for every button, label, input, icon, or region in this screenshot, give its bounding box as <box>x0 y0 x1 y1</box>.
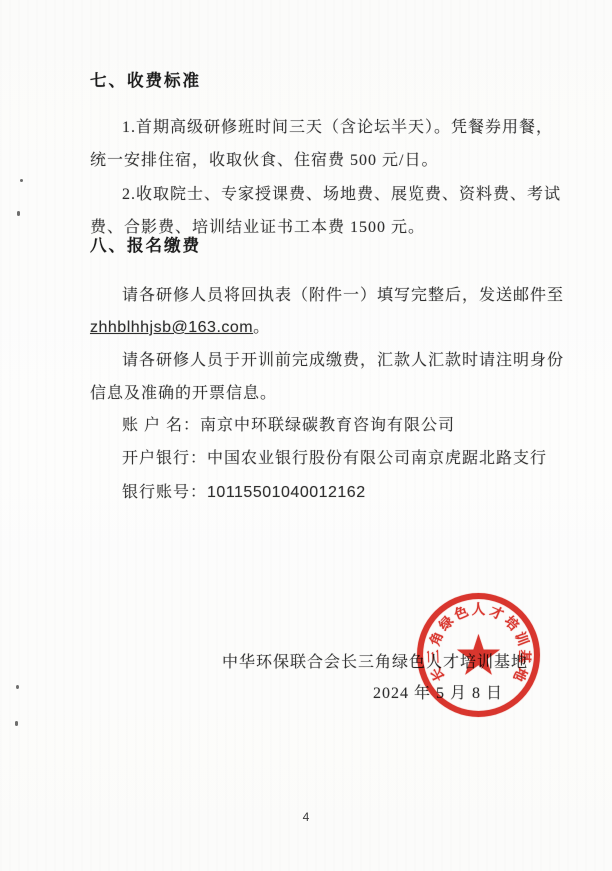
section-registration-heading: 八、报名缴费 <box>90 236 540 256</box>
seal-arc-char: 人 <box>471 602 487 618</box>
fees-paragraph1-line1: 1.首期高级研修班时间三天（含论坛半天）。凭餐券用餐， <box>122 118 572 138</box>
account-name-value: 南京中环联绿碳教育咨询有限公司 <box>200 417 455 434</box>
scan-speckle <box>16 685 19 689</box>
scan-speckle <box>20 179 23 182</box>
email-link[interactable]: zhhblhhjsb@163.com <box>90 319 253 336</box>
registration-paragraph1-line1: 请各研修人员将回执表（附件一）填写完整后，发送邮件至 <box>122 286 572 306</box>
seal-arc-char: 才 <box>486 603 507 624</box>
document-page: 七、收费标准 1.首期高级研修班时间三天（含论坛半天）。凭餐券用餐， 统一安排住… <box>0 0 612 871</box>
email-suffix-period: 。 <box>253 319 270 336</box>
fees-paragraph2-line1: 2.收取院士、专家授课费、场地费、展览费、资料费、考试 <box>122 185 572 205</box>
bank-label: 开户银行： <box>122 450 207 467</box>
account-name-line: 账 户 名：南京中环联绿碳教育咨询有限公司 <box>122 416 572 436</box>
seal-arc-char: 绿 <box>435 612 458 635</box>
fees-paragraph2-line2: 费、合影费、培训结业证书工本费 1500 元。 <box>90 218 540 238</box>
scan-speckle <box>17 211 20 216</box>
registration-email-line: zhhblhhjsb@163.com。 <box>90 318 540 338</box>
bank-line: 开户银行：中国农业银行股份有限公司南京虎踞北路支行 <box>122 449 572 469</box>
fees-paragraph1-line2: 统一安排住宿，收取伙食、住宿费 500 元/日。 <box>90 151 540 171</box>
page-number: 4 <box>0 810 612 824</box>
account-number-line: 银行账号：10115501040012162 <box>122 483 572 503</box>
seal-arc-char: 训 <box>510 629 531 650</box>
seal-arc-char: 角 <box>426 629 447 650</box>
registration-paragraph2-line1: 请各研修人员于开训前完成缴费，汇款人汇款时请注明身份 <box>122 351 572 371</box>
section-fees-heading: 七、收费标准 <box>90 71 540 91</box>
account-name-label: 账 户 名： <box>122 417 200 434</box>
registration-paragraph2-line2: 信息及准确的开票信息。 <box>90 384 540 404</box>
scan-speckle <box>15 721 18 726</box>
seal-arc-char: 培 <box>500 612 523 635</box>
seal-arc-char: 色 <box>450 603 471 624</box>
bank-value: 中国农业银行股份有限公司南京虎踞北路支行 <box>207 450 547 467</box>
signature-organization: 中华环保联合会长三角绿色人才培训基地 <box>222 653 612 673</box>
account-number-value: 10115501040012162 <box>207 484 366 501</box>
account-number-label: 银行账号： <box>122 484 207 501</box>
signature-date: 2024 年 5 月 8 日 <box>373 684 612 704</box>
